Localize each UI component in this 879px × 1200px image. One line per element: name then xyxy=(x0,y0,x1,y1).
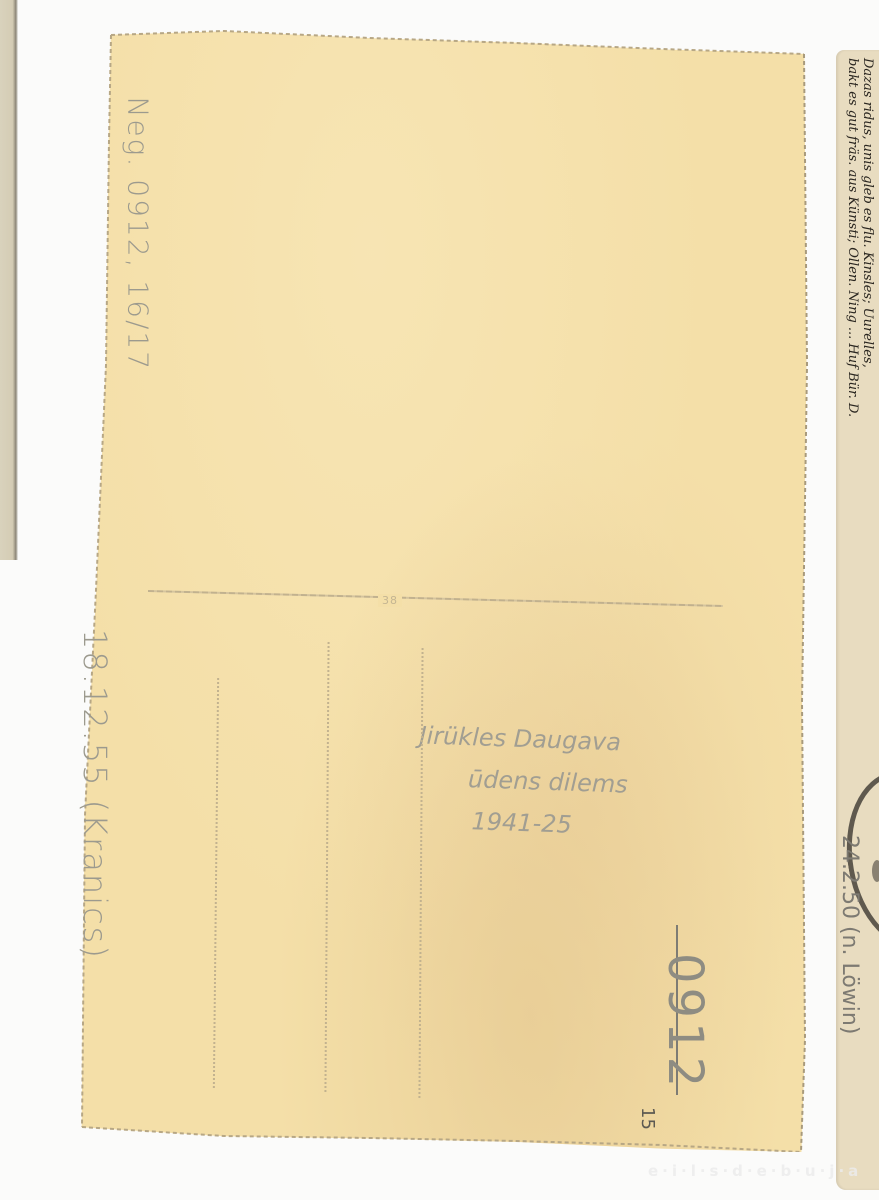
adjacent-card-edge-left xyxy=(0,0,18,560)
postmark-center-icon xyxy=(872,860,879,882)
negative-number-note: Neg. 0912, 16/17 xyxy=(122,97,155,417)
catalog-number: 0912 xyxy=(657,953,713,1123)
neighbor-pencil-note: 24.2.50 (n. Löwin) xyxy=(837,835,862,1034)
divider-printed-mark: 38 xyxy=(378,594,402,607)
description-line-1: Jirükles Daugava xyxy=(419,714,630,763)
neighbor-handwriting-line-2: bakt es gut fräs. aus Künsti; Ollen. Nin… xyxy=(845,58,860,417)
catalog-subnumber: 15 xyxy=(637,1107,658,1130)
date-note: 18.12.55 (Kranics) xyxy=(76,629,114,1069)
description-line-3: 1941-25 xyxy=(416,798,627,847)
description-line-2: ūdens dilems xyxy=(417,756,628,805)
description-note: Jirükles Daugava ūdens dilems 1941-25 xyxy=(416,714,630,847)
neighbor-handwriting-line-1: Dazas ridus, unis gleb es flu. Kinsles; … xyxy=(860,58,875,368)
watermark: e·i·l·s·d·e·b·u·j·a xyxy=(648,1162,862,1180)
